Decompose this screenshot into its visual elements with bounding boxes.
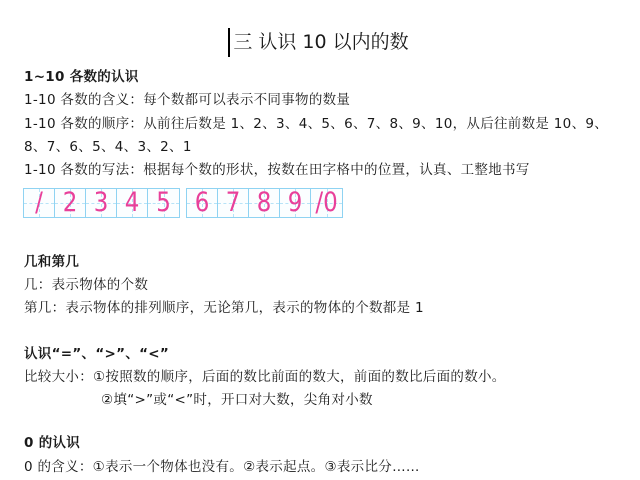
digit-glyph: / [26, 187, 52, 219]
text-line: 8、7、6、5、4、3、2、1 [24, 138, 192, 156]
text-line: 1-10 各数的写法：根据每个数的形状，按数在田字格中的位置，认真、工整地书写 [24, 161, 530, 179]
grid-cell: 8 [249, 189, 280, 217]
grid-cell: 7 [218, 189, 249, 217]
digit-glyph: 2 [57, 187, 83, 219]
text-line: 第几：表示物体的排列顺序，无论第几，表示的物体的个数都是 1 [24, 299, 424, 317]
section-heading-zero: 0 的认识 [24, 434, 80, 452]
digit-glyph: 6 [189, 187, 215, 219]
page-title-text: 三 认识 10 以内的数 [233, 31, 408, 53]
section-heading-ji-he-di-ji: 几和第几 [24, 253, 79, 271]
grid-cell: 6 [187, 189, 218, 217]
writing-grid-1-5: / 2 3 4 5 [23, 188, 180, 218]
grid-cell: 9 [280, 189, 311, 217]
grid-cell: 2 [55, 189, 86, 217]
title-container: 三 认识 10 以内的数 [0, 28, 640, 56]
grid-cell: 3 [86, 189, 117, 217]
grid-cell: 4 [117, 189, 148, 217]
digit-glyph: 7 [220, 187, 246, 219]
digit-glyph: 5 [150, 187, 176, 219]
grid-cell: /0 [311, 189, 342, 217]
text-line: 1-10 各数的含义：每个数都可以表示不同事物的数量 [24, 91, 350, 109]
digit-glyph: 3 [88, 187, 114, 219]
text-line: ②填“>”或“<”时，开口对大数，尖角对小数 [101, 391, 373, 409]
digit-glyph: 4 [119, 187, 145, 219]
text-line: 1-10 各数的顺序：从前往后数是 1、2、3、4、5、6、7、8、9、10，从… [24, 115, 608, 133]
text-line: 0 的含义：①表示一个物体也没有。②表示起点。③表示比分…… [24, 458, 420, 476]
text-line: 几：表示物体的个数 [24, 276, 148, 294]
digit-glyph: 8 [251, 187, 277, 219]
digit-glyph: 9 [282, 187, 308, 219]
text-cursor [228, 28, 230, 57]
grid-cell: / [24, 189, 55, 217]
digit-glyph: /0 [313, 187, 339, 219]
grid-cell: 5 [148, 189, 179, 217]
writing-grid-6-0: 6 7 8 9 /0 [186, 188, 343, 218]
section-heading-comparison-signs: 认识“=”、“>”、“<” [24, 345, 169, 363]
page-title: 三 认识 10 以内的数 [231, 28, 408, 56]
section-heading-1-10: 1~10 各数的认识 [24, 68, 139, 86]
text-line: 比较大小：①按照数的顺序，后面的数比前面的数大，前面的数比后面的数小。 [24, 368, 506, 386]
